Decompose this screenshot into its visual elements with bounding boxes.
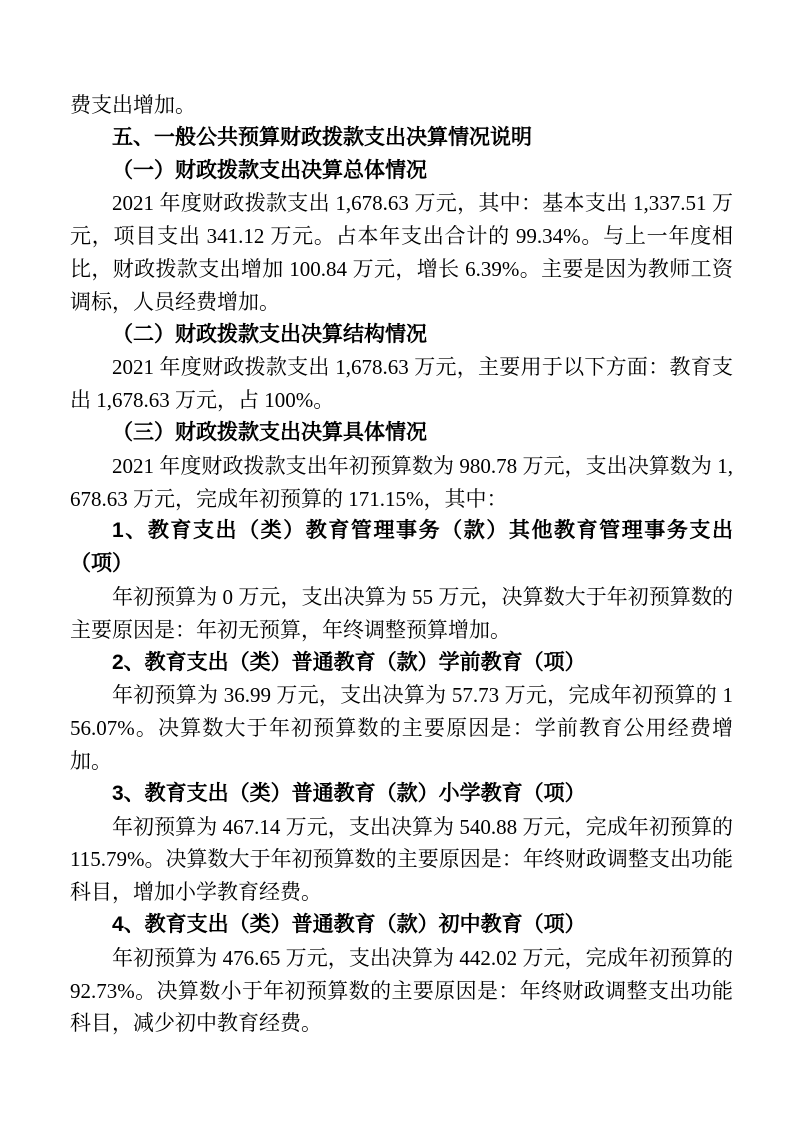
paragraph: 2021 年度财政拨款支出年初预算数为 980.78 万元，支出决算数为 1,6… [70,450,733,516]
paragraph: 年初预算为 36.99 万元，支出决算为 57.73 万元，完成年初预算的 15… [70,679,733,777]
section-heading: （一）财政拨款支出决算总体情况 [70,155,733,188]
section-heading: 1、教育支出（类）教育管理事务（款）其他教育管理事务支出（项） [70,515,733,581]
paragraph: 2021 年度财政拨款支出 1,678.63 万元，主要用于以下方面：教育支出 … [70,351,733,417]
paragraph: 年初预算为 476.65 万元，支出决算为 442.02 万元，完成年初预算的 … [70,942,733,1040]
section-heading: 4、教育支出（类）普通教育（款）初中教育（项） [70,909,733,942]
paragraph: 年初预算为 467.14 万元，支出决算为 540.88 万元，完成年初预算的 … [70,811,733,909]
section-heading: （三）财政拨款支出决算具体情况 [70,417,733,450]
paragraph: 2021 年度财政拨款支出 1,678.63 万元，其中：基本支出 1,337.… [70,187,733,318]
section-heading: 2、教育支出（类）普通教育（款）学前教育（项） [70,647,733,680]
paragraph: 费支出增加。 [70,89,733,122]
document-body: 费支出增加。五、一般公共预算财政拨款支出决算情况说明（一）财政拨款支出决算总体情… [70,89,733,1040]
section-heading: （二）财政拨款支出决算结构情况 [70,319,733,352]
paragraph: 年初预算为 0 万元，支出决算为 55 万元，决算数大于年初预算数的主要原因是：… [70,581,733,647]
document-page: 费支出增加。五、一般公共预算财政拨款支出决算情况说明（一）财政拨款支出决算总体情… [0,0,793,1122]
section-heading: 五、一般公共预算财政拨款支出决算情况说明 [70,122,733,155]
section-heading: 3、教育支出（类）普通教育（款）小学教育（项） [70,778,733,811]
